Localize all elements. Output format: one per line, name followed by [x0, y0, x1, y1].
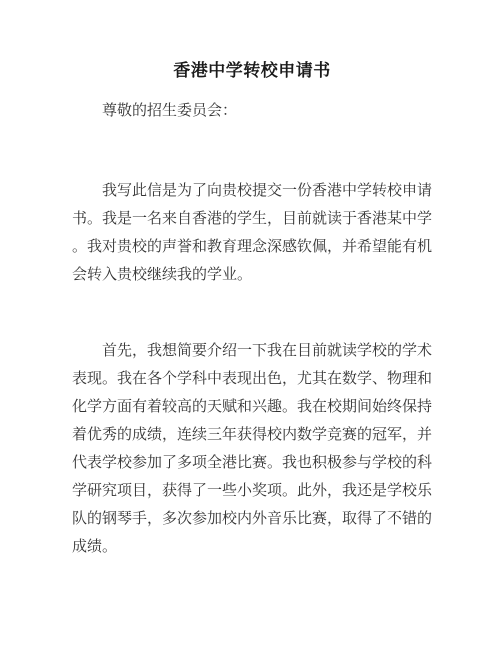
paragraph-line: 首先，我想简要介绍一下我在目前就读学校的学术 [72, 336, 434, 364]
paragraph-academic: 首先，我想简要介绍一下我在目前就读学校的学术 表现。我在各个学科中表现出色，尤其… [72, 336, 434, 560]
paragraph-intro: 我写此信是为了向贵校提交一份香港中学转校申请 书。我是一名来自香港的学生，目前就… [72, 176, 434, 288]
paragraph-line: 会转入贵校继续我的学业。 [72, 260, 434, 288]
letter-document: 香港中学转校申请书 尊敬的招生委员会： 我写此信是为了向贵校提交一份香港中学转校… [0, 0, 500, 647]
paragraph-line: 成绩。 [72, 532, 434, 560]
paragraph-line: 学研究项目，获得了一些小奖项。此外，我还是学校乐 [72, 476, 434, 504]
paragraph-line: 表现。我在各个学科中表现出色，尤其在数学、物理和 [72, 364, 434, 392]
document-title: 香港中学转校申请书 [72, 57, 432, 85]
salutation: 尊敬的招生委员会： [102, 96, 237, 124]
paragraph-line: 队的钢琴手，多次参加校内外音乐比赛，取得了不错的 [72, 504, 434, 532]
paragraph-line: 。我对贵校的声誉和教育理念深感钦佩，并希望能有机 [72, 232, 434, 260]
paragraph-line: 着优秀的成绩，连续三年获得校内数学竞赛的冠军，并 [72, 420, 434, 448]
paragraph-line: 化学方面有着较高的天赋和兴趣。我在校期间始终保持 [72, 392, 434, 420]
paragraph-line: 代表学校参加了多项全港比赛。我也积极参与学校的科 [72, 448, 434, 476]
paragraph-line: 书。我是一名来自香港的学生，目前就读于香港某中学 [72, 204, 434, 232]
paragraph-line: 我写此信是为了向贵校提交一份香港中学转校申请 [72, 176, 434, 204]
